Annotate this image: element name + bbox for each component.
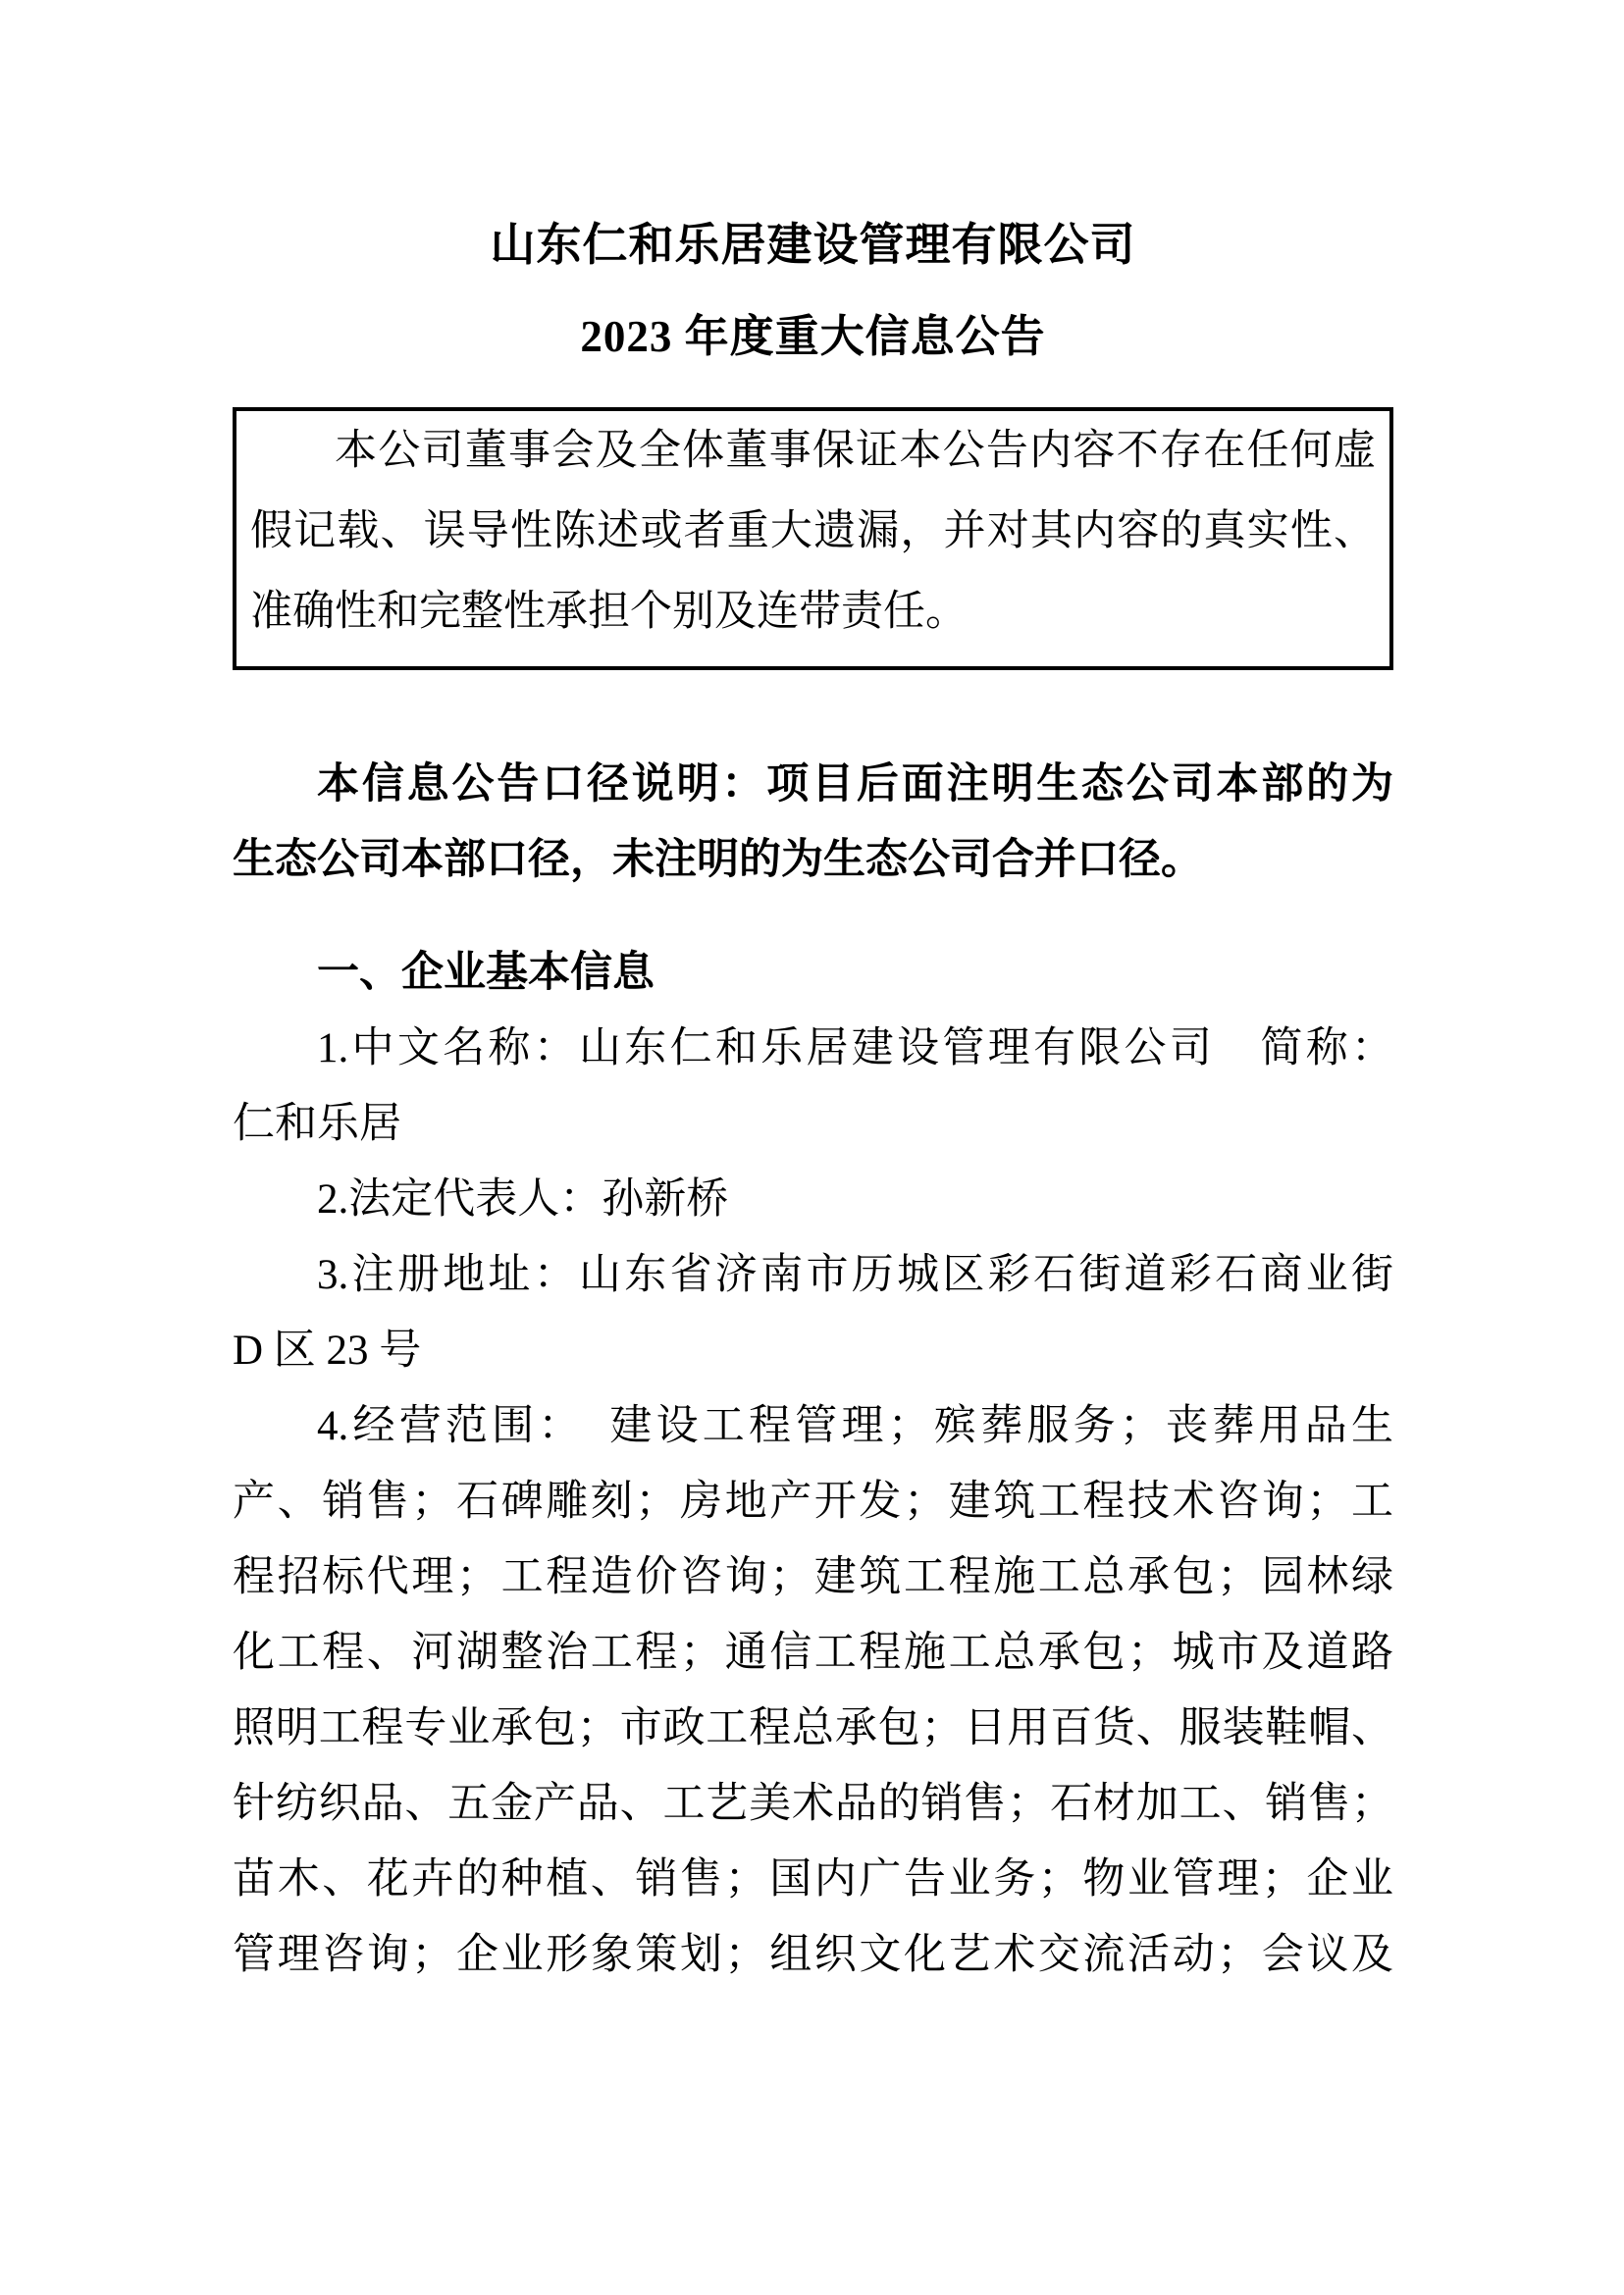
item-business-scope-line: 产、销售；石碑雕刻；房地产开发；建筑工程技术咨询；工 xyxy=(233,1464,1393,1539)
item-registered-address-line: 3.注册地址：山东省济南市历城区彩石街道彩石商业街 xyxy=(233,1237,1393,1313)
board-statement-box-line: 准确性和完整性承担个别及连带责任。 xyxy=(250,572,1376,652)
board-statement-box: 本公司董事会及全体董事保证本公告内容不存在任何虚假记载、误导性陈述或者重大遗漏，… xyxy=(233,407,1393,670)
item-business-scope-line: 化工程、河湖整治工程；通信工程施工总承包；城市及道路 xyxy=(233,1615,1393,1691)
item-chinese-name-line: 1.中文名称：山东仁和乐居建设管理有限公司 简称： xyxy=(233,1011,1393,1086)
item-legal-representative-line: 2.法定代表人：孙新桥 xyxy=(233,1162,1393,1237)
item-registered-address-line: D 区 23 号 xyxy=(233,1313,1393,1388)
item-business-scope-line: 针纺织品、五金产品、工艺美术品的销售；石材加工、销售； xyxy=(233,1766,1393,1842)
disclosure-scope-note-line: 本信息公告口径说明：项目后面注明生态公司本部的为 xyxy=(233,747,1393,822)
section-heading-basic-info: 一、企业基本信息 xyxy=(233,935,1393,1011)
item-business-scope-line: 4.经营范围： 建设工程管理；殡葬服务；丧葬用品生 xyxy=(233,1388,1393,1464)
item-legal-representative: 2.法定代表人：孙新桥 xyxy=(233,1162,1393,1237)
board-statement-box-line: 本公司董事会及全体董事保证本公告内容不存在任何虚 xyxy=(250,411,1376,492)
item-registered-address: 3.注册地址：山东省济南市历城区彩石街道彩石商业街D 区 23 号 xyxy=(233,1237,1393,1388)
item-business-scope-line: 照明工程专业承包；市政工程总承包；日用百货、服装鞋帽、 xyxy=(233,1691,1393,1766)
item-chinese-name: 1.中文名称：山东仁和乐居建设管理有限公司 简称：仁和乐居 xyxy=(233,1011,1393,1162)
item-business-scope-line: 程招标代理；工程造价咨询；建筑工程施工总承包；园林绿 xyxy=(233,1539,1393,1615)
item-business-scope: 4.经营范围： 建设工程管理；殡葬服务；丧葬用品生产、销售；石碑雕刻；房地产开发… xyxy=(233,1388,1393,1993)
disclosure-scope-note: 本信息公告口径说明：项目后面注明生态公司本部的为生态公司本部口径，未注明的为生态… xyxy=(233,747,1393,898)
document-title-line2: 2023 年度重大信息公告 xyxy=(233,314,1393,359)
document-title-line1: 山东仁和乐居建设管理有限公司 xyxy=(233,223,1393,268)
disclosure-scope-note-line: 生态公司本部口径，未注明的为生态公司合并口径。 xyxy=(233,822,1393,898)
item-business-scope-line: 管理咨询；企业形象策划；组织文化艺术交流活动；会议及 xyxy=(233,1917,1393,1993)
item-chinese-name-line: 仁和乐居 xyxy=(233,1086,1393,1162)
item-business-scope-line: 苗木、花卉的种植、销售；国内广告业务；物业管理；企业 xyxy=(233,1842,1393,1917)
document-page: 山东仁和乐居建设管理有限公司 2023 年度重大信息公告 本公司董事会及全体董事… xyxy=(0,0,1624,2295)
board-statement-box-line: 假记载、误导性陈述或者重大遗漏，并对其内容的真实性、 xyxy=(250,492,1376,572)
